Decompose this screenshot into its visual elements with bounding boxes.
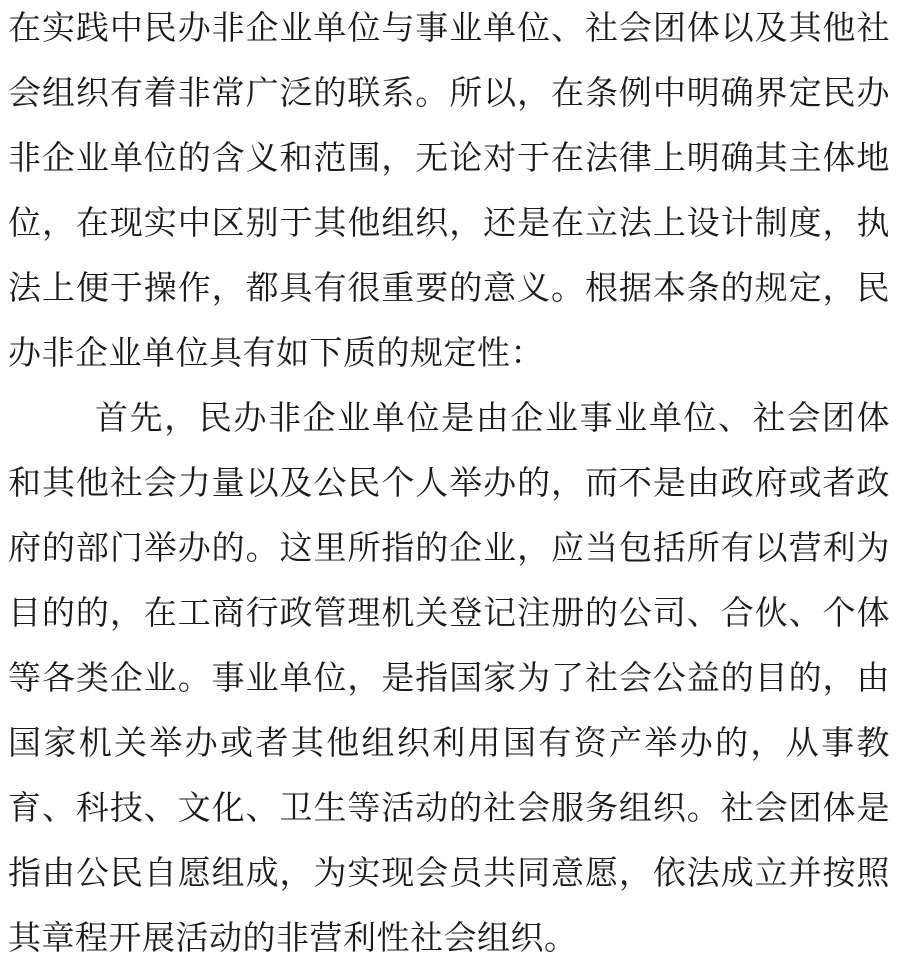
paragraph-line: 目的的，在工商行政管理机关登记注册的公司、合伙、个体 bbox=[8, 587, 890, 652]
paragraph-line: 指由公民自愿组成，为实现会员共同意愿，依法成立并按照 bbox=[8, 847, 890, 912]
paragraph-line: 会组织有着非常广泛的联系。所以，在条例中明确界定民办 bbox=[8, 67, 890, 132]
paragraph-last-line: 其章程开展活动的非营利性社会组织。 bbox=[8, 912, 890, 977]
paragraph-line: 等各类企业。事业单位，是指国家为了社会公益的目的，由 bbox=[8, 652, 890, 717]
paragraph-line: 府的部门举办的。这里所指的企业，应当包括所有以营利为 bbox=[8, 522, 890, 587]
paragraph-last-line: 办非企业单位具有如下质的规定性： bbox=[8, 327, 890, 392]
document-page: 在实践中民办非企业单位与事业单位、社会团体以及其他社 会组织有着非常广泛的联系。… bbox=[0, 0, 900, 978]
paragraph-line: 国家机关举办或者其他组织利用国有资产举办的，从事教 bbox=[8, 717, 890, 782]
paragraph-line: 位，在现实中区别于其他组织，还是在立法上设计制度，执 bbox=[8, 197, 890, 262]
paragraph-first-line-indented: 首先，民办非企业单位是由企业事业单位、社会团体 bbox=[8, 392, 890, 457]
paragraph-line: 和其他社会力量以及公民个人举办的，而不是由政府或者政 bbox=[8, 457, 890, 522]
paragraph-line: 非企业单位的含义和范围，无论对于在法律上明确其主体地 bbox=[8, 132, 890, 197]
paragraph-line: 育、科技、文化、卫生等活动的社会服务组织。社会团体是 bbox=[8, 782, 890, 847]
paragraph-line: 法上便于操作，都具有很重要的意义。根据本条的规定，民 bbox=[8, 262, 890, 327]
paragraph-line: 在实践中民办非企业单位与事业单位、社会团体以及其他社 bbox=[8, 2, 890, 67]
